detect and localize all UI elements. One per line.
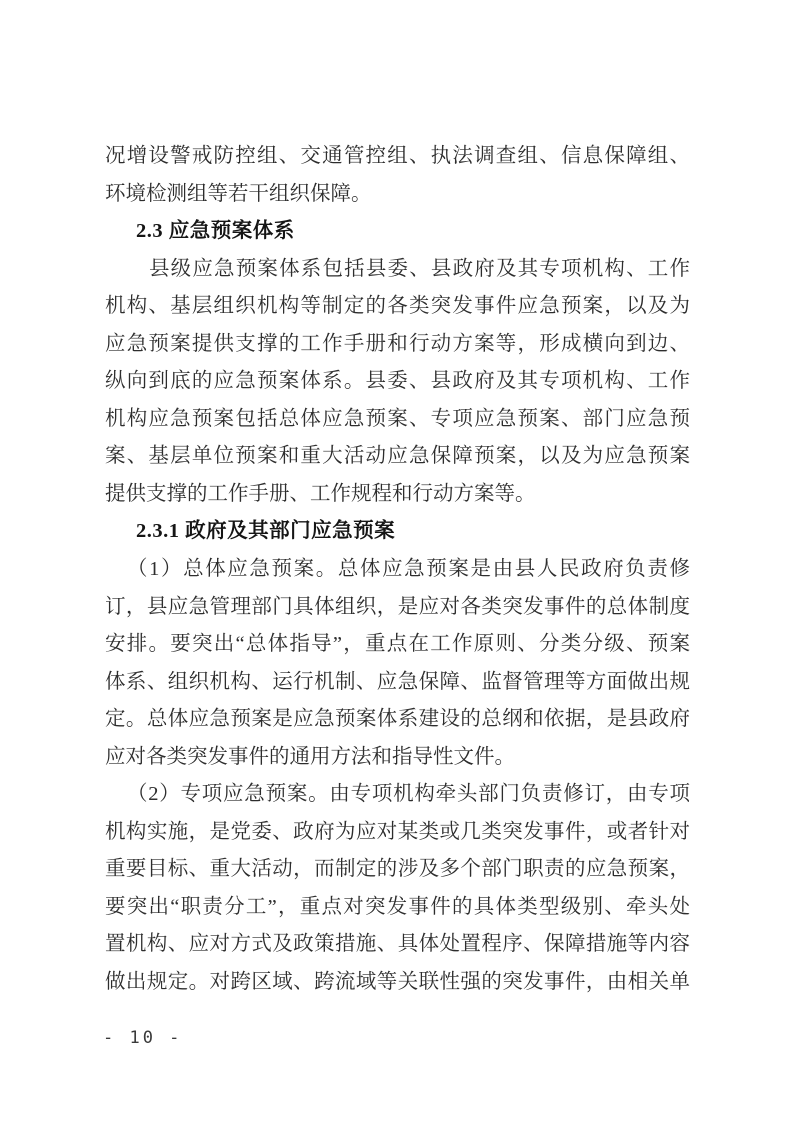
text-line: 置机构、应对方式及政策措施、具体处置程序、保障措施等内容 <box>105 926 690 964</box>
page-text-column: 况增设警戒防控组、交通管控组、执法调查组、信息保障组、 环境检测组等若干组织保障… <box>105 138 690 1002</box>
text-line: 县级应急预案体系包括县委、县政府及其专项机构、工作 <box>105 251 690 289</box>
text-line: 况增设警戒防控组、交通管控组、执法调查组、信息保障组、 <box>105 138 690 176</box>
section-heading-2-3-1: 2.3.1 政府及其部门应急预案 <box>105 513 690 551</box>
section-heading-2-3: 2.3 应急预案体系 <box>105 213 690 251</box>
text-line: 环境检测组等若干组织保障。 <box>105 176 690 214</box>
text-line: 安排。要突出“总体指导”，重点在工作原则、分类分级、预案 <box>105 626 690 664</box>
text-line: 机构应急预案包括总体应急预案、专项应急预案、部门应急预 <box>105 401 690 439</box>
text-line: 要突出“职责分工”，重点对突发事件的具体类型级别、牵头处 <box>105 889 690 927</box>
text-line: （2）专项应急预案。由专项机构牵头部门负责修订，由专项 <box>105 776 690 814</box>
text-line: 重要目标、重大活动，而制定的涉及多个部门职责的应急预案， <box>105 851 690 889</box>
text-line: 机构、基层组织机构等制定的各类突发事件应急预案，以及为 <box>105 288 690 326</box>
text-line: 订，县应急管理部门具体组织，是应对各类突发事件的总体制度 <box>105 589 690 627</box>
text-line: 机构实施，是党委、政府为应对某类或几类突发事件，或者针对 <box>105 814 690 852</box>
document-page: 况增设警戒防控组、交通管控组、执法调查组、信息保障组、 环境检测组等若干组织保障… <box>0 0 793 1122</box>
text-line: 体系、组织机构、运行机制、应急保障、监督管理等方面做出规 <box>105 664 690 702</box>
page-number: - 10 - <box>103 1028 182 1048</box>
text-line: 案、基层单位预案和重大活动应急保障预案，以及为应急预案 <box>105 438 690 476</box>
text-line: 应急预案提供支撑的工作手册和行动方案等，形成横向到边、 <box>105 326 690 364</box>
text-line: 做出规定。对跨区域、跨流域等关联性强的突发事件，由相关单 <box>105 964 690 1002</box>
text-line: （1）总体应急预案。总体应急预案是由县人民政府负责修 <box>105 551 690 589</box>
text-line: 应对各类突发事件的通用方法和指导性文件。 <box>105 739 690 777</box>
text-line: 提供支撑的工作手册、工作规程和行动方案等。 <box>105 476 690 514</box>
text-line: 定。总体应急预案是应急预案体系建设的总纲和依据，是县政府 <box>105 701 690 739</box>
text-line: 纵向到底的应急预案体系。县委、县政府及其专项机构、工作 <box>105 363 690 401</box>
